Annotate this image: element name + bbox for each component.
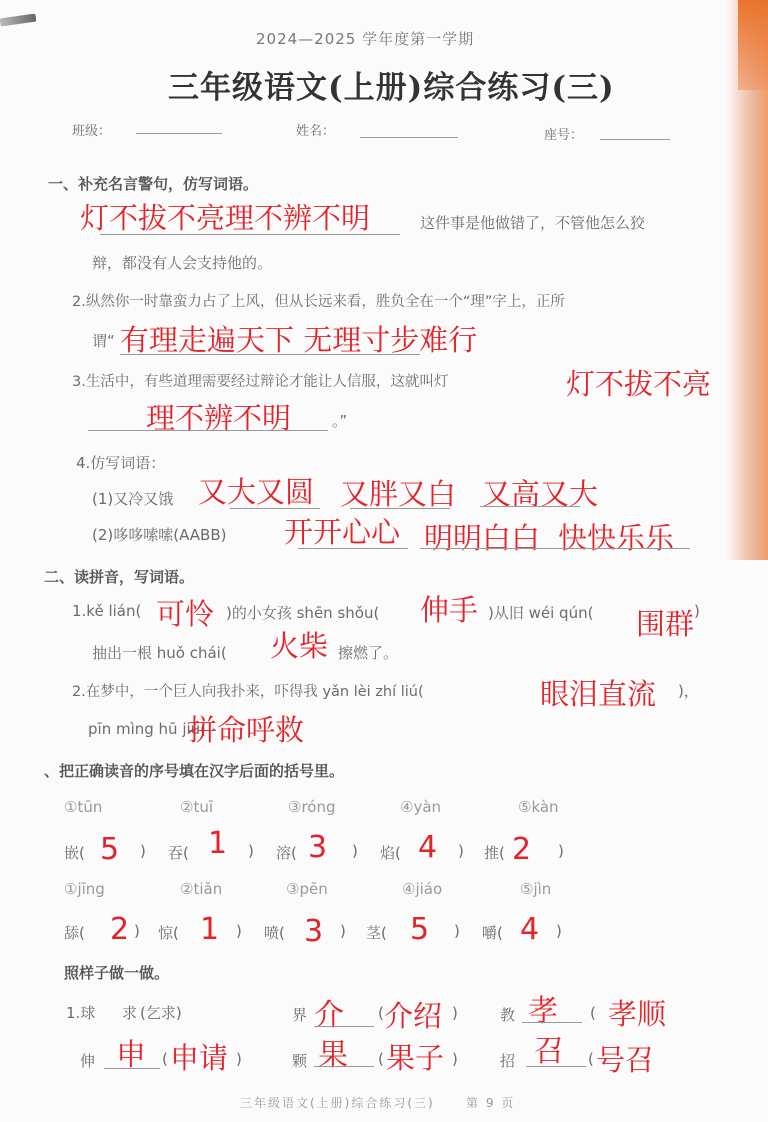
g2-item-2-close: ) xyxy=(236,922,242,940)
g2-item-4-char: 茎( xyxy=(366,922,387,943)
g2-option-1: ①jīng xyxy=(64,880,105,898)
s2q1-answer-2: 伸手 xyxy=(420,588,478,629)
class-label: 班级： xyxy=(72,120,111,139)
g1-item-4-close: ) xyxy=(458,842,464,860)
q1-text-line2: 辩，都没有人会支持他的。 xyxy=(92,252,272,273)
g1-item-3-answer: 3 xyxy=(308,830,327,865)
g2-item-3-answer: 3 xyxy=(304,914,323,949)
item1-close: ) xyxy=(452,1004,458,1022)
q2-text: 2.纵然你一时靠蛮力占了上风，但从长远来看，胜负全在一个“理”字上，正所 xyxy=(72,290,565,311)
g2-option-5: ⑤jìn xyxy=(520,880,551,898)
q4-item1-blank-2 xyxy=(350,508,450,509)
page-number: 第 9 页 xyxy=(466,1094,515,1111)
g1-item-1-close: ) xyxy=(140,842,146,860)
s2q1-answer-4: 火柴 xyxy=(270,624,328,665)
section3-heading: 、把正确读音的序号填在汉字后面的括号里。 xyxy=(44,760,344,781)
g2-item-3-close: ) xyxy=(340,922,346,940)
g1-item-5-answer: 2 xyxy=(512,832,531,867)
g1-item-3-char: 溶( xyxy=(276,842,297,863)
g1-item-5-char: 推( xyxy=(484,842,505,863)
item1-word: 介绍 xyxy=(384,994,442,1035)
g1-item-2-answer: 1 xyxy=(208,826,227,861)
q4-item2-answer-3: 快快乐乐 xyxy=(558,516,674,557)
seat-label: 座号： xyxy=(544,124,583,143)
s2q1-mid1: )的小女孩 shēn shǒu( xyxy=(226,602,379,623)
g2-item-2-answer: 1 xyxy=(200,912,219,947)
item3-open: ( xyxy=(162,1050,168,1068)
item1-char: 介 xyxy=(314,990,344,1034)
g1-item-5-close: ) xyxy=(558,842,564,860)
s2q2-answer-1: 眼泪直流 xyxy=(540,672,656,713)
g1-option-1: ①tūn xyxy=(64,798,102,816)
class-field[interactable] xyxy=(136,133,222,134)
item2-word: 孝顺 xyxy=(608,992,666,1033)
g2-item-4-answer: 5 xyxy=(410,912,429,947)
g2-item-5-char: 嚼( xyxy=(482,922,503,943)
example-word: (乞求) xyxy=(140,1002,182,1023)
g1-option-2: ②tuī xyxy=(180,798,213,816)
worksheet-page xyxy=(0,0,768,1122)
worksheet-title: 三年级语文(上册)综合练习(三) xyxy=(168,62,615,107)
g1-option-5: ⑤kàn xyxy=(518,798,559,816)
s2q2-close1: )， xyxy=(678,680,699,701)
item2-open: ( xyxy=(590,1004,596,1022)
item3-word: 申请 xyxy=(170,1036,228,1077)
g1-item-4-char: 焰( xyxy=(380,842,401,863)
item5-given: 招 xyxy=(500,1050,515,1071)
q4-item1-answer-2: 又胖又白 xyxy=(340,472,456,513)
g2-item-1-answer: 2 xyxy=(110,912,129,947)
g1-item-4-answer: 4 xyxy=(418,830,437,865)
school-year: 2024—2025 学年度第一学期 xyxy=(256,28,474,49)
s2q1-line2-prefix: 抽出一根 huǒ chái( xyxy=(92,642,227,663)
g2-item-1-close: ) xyxy=(134,922,140,940)
q4-item2-blank-2 xyxy=(420,548,690,549)
item4-char: 果 xyxy=(318,1030,348,1074)
g2-item-4-close: ) xyxy=(454,922,460,940)
item1-blank xyxy=(314,1026,374,1027)
q3-suffix: 。” xyxy=(332,410,347,431)
example-prefix: 1.球 xyxy=(66,1002,95,1023)
q2-answer: 有理走遍天下 无理寸步难行 xyxy=(120,318,477,359)
q4-item1-label: (1)又冷又饿 xyxy=(92,488,173,509)
item5-blank xyxy=(526,1066,586,1067)
q1-blank xyxy=(100,234,400,235)
item2-char: 孝 xyxy=(528,986,558,1030)
item1-open: ( xyxy=(378,1004,384,1022)
g1-option-3: ③róng xyxy=(288,798,336,816)
section2-heading: 二、读拼音，写词语。 xyxy=(44,566,194,587)
g2-option-2: ②tiǎn xyxy=(180,880,222,898)
q4-item2-blank-1 xyxy=(298,548,408,549)
item3-close: ) xyxy=(236,1050,242,1068)
item4-open: ( xyxy=(378,1050,384,1068)
g1-item-2-char: 吞( xyxy=(168,842,189,863)
q2-blank xyxy=(120,354,420,355)
g1-item-3-close: ) xyxy=(352,842,358,860)
q4-text: 4.仿写词语： xyxy=(76,452,165,473)
name-label: 姓名： xyxy=(296,120,335,139)
item4-blank xyxy=(314,1066,374,1067)
s2q1-close3: ) xyxy=(694,602,700,620)
q3-text: 3.生活中，有些道理需要经过辩论才能让人信服，这就叫灯 xyxy=(72,370,448,391)
q4-item1-blank-3 xyxy=(480,506,580,507)
item4-close: ) xyxy=(452,1050,458,1068)
item2-given: 教 xyxy=(500,1004,515,1025)
g1-item-2-close: ) xyxy=(248,842,254,860)
g2-item-5-answer: 4 xyxy=(520,912,539,947)
section1-heading: 一、补充名言警句，仿写词语。 xyxy=(48,173,258,194)
q3-answer-a: 灯不拔不亮 xyxy=(566,362,711,403)
s2q1-line2-suffix: 擦燃了。 xyxy=(338,642,398,663)
item5-char: 召 xyxy=(534,1026,564,1070)
item1-given: 界 xyxy=(292,1004,307,1025)
q1-text-after: 这件事是他做错了，不管他怎么狡 xyxy=(420,212,645,233)
g2-item-3-char: 喷( xyxy=(264,922,285,943)
q3-blank xyxy=(88,430,328,431)
g2-item-2-char: 惊( xyxy=(158,922,179,943)
s2q1-prefix: 1.kě lián( xyxy=(72,602,141,620)
section4-heading: 照样子做一做。 xyxy=(64,962,169,983)
g1-option-4: ④yàn xyxy=(400,798,441,816)
q4-item2-answer-1: 开开心心 xyxy=(284,510,400,551)
footer-title: 三年级语文(上册)综合练习(三) xyxy=(240,1094,435,1111)
item5-open: ( xyxy=(588,1050,594,1068)
q2-prefix: 谓“ xyxy=(92,330,115,351)
item2-blank xyxy=(522,1022,582,1023)
g1-item-1-answer: 5 xyxy=(100,832,119,867)
q4-item2-answer-2: 明明白白 xyxy=(424,516,540,557)
item5-word: 号召 xyxy=(596,1038,654,1079)
q1-answer: 灯不拔不亮理不辨不明 xyxy=(80,196,370,237)
item3-given: 伸 xyxy=(80,1050,95,1071)
paper-edge-orange xyxy=(738,0,768,90)
s2q2-answer-2: 拼命呼救 xyxy=(188,708,304,749)
seat-field[interactable] xyxy=(600,139,670,140)
s2q1-answer-3: 围群 xyxy=(636,602,694,643)
g2-item-5-close: ) xyxy=(556,922,562,940)
name-field[interactable] xyxy=(360,137,458,138)
s2q2-prefix: 2.在梦中，一个巨人向我扑来，吓得我 yǎn lèi zhí liú( xyxy=(72,680,424,701)
g2-option-3: ③pēn xyxy=(286,880,328,898)
s2q1-mid2: )从旧 wéi qún( xyxy=(488,602,593,623)
q4-item2-label: (2)哆哆嗦嗦(AABB) xyxy=(92,524,226,545)
g2-item-1-char: 舔( xyxy=(64,922,85,943)
q4-item1-answer-1: 又大又圆 xyxy=(198,470,314,511)
example-char: 求 xyxy=(122,1002,137,1023)
item4-word: 果子 xyxy=(386,1036,444,1077)
g2-option-4: ④jiáo xyxy=(402,880,442,898)
item4-given: 颗 xyxy=(292,1050,307,1071)
q4-item1-blank-1 xyxy=(230,508,320,509)
g1-item-1-char: 嵌( xyxy=(64,842,85,863)
s2q1-answer-1: 可怜 xyxy=(156,592,214,633)
item3-blank xyxy=(104,1068,160,1069)
